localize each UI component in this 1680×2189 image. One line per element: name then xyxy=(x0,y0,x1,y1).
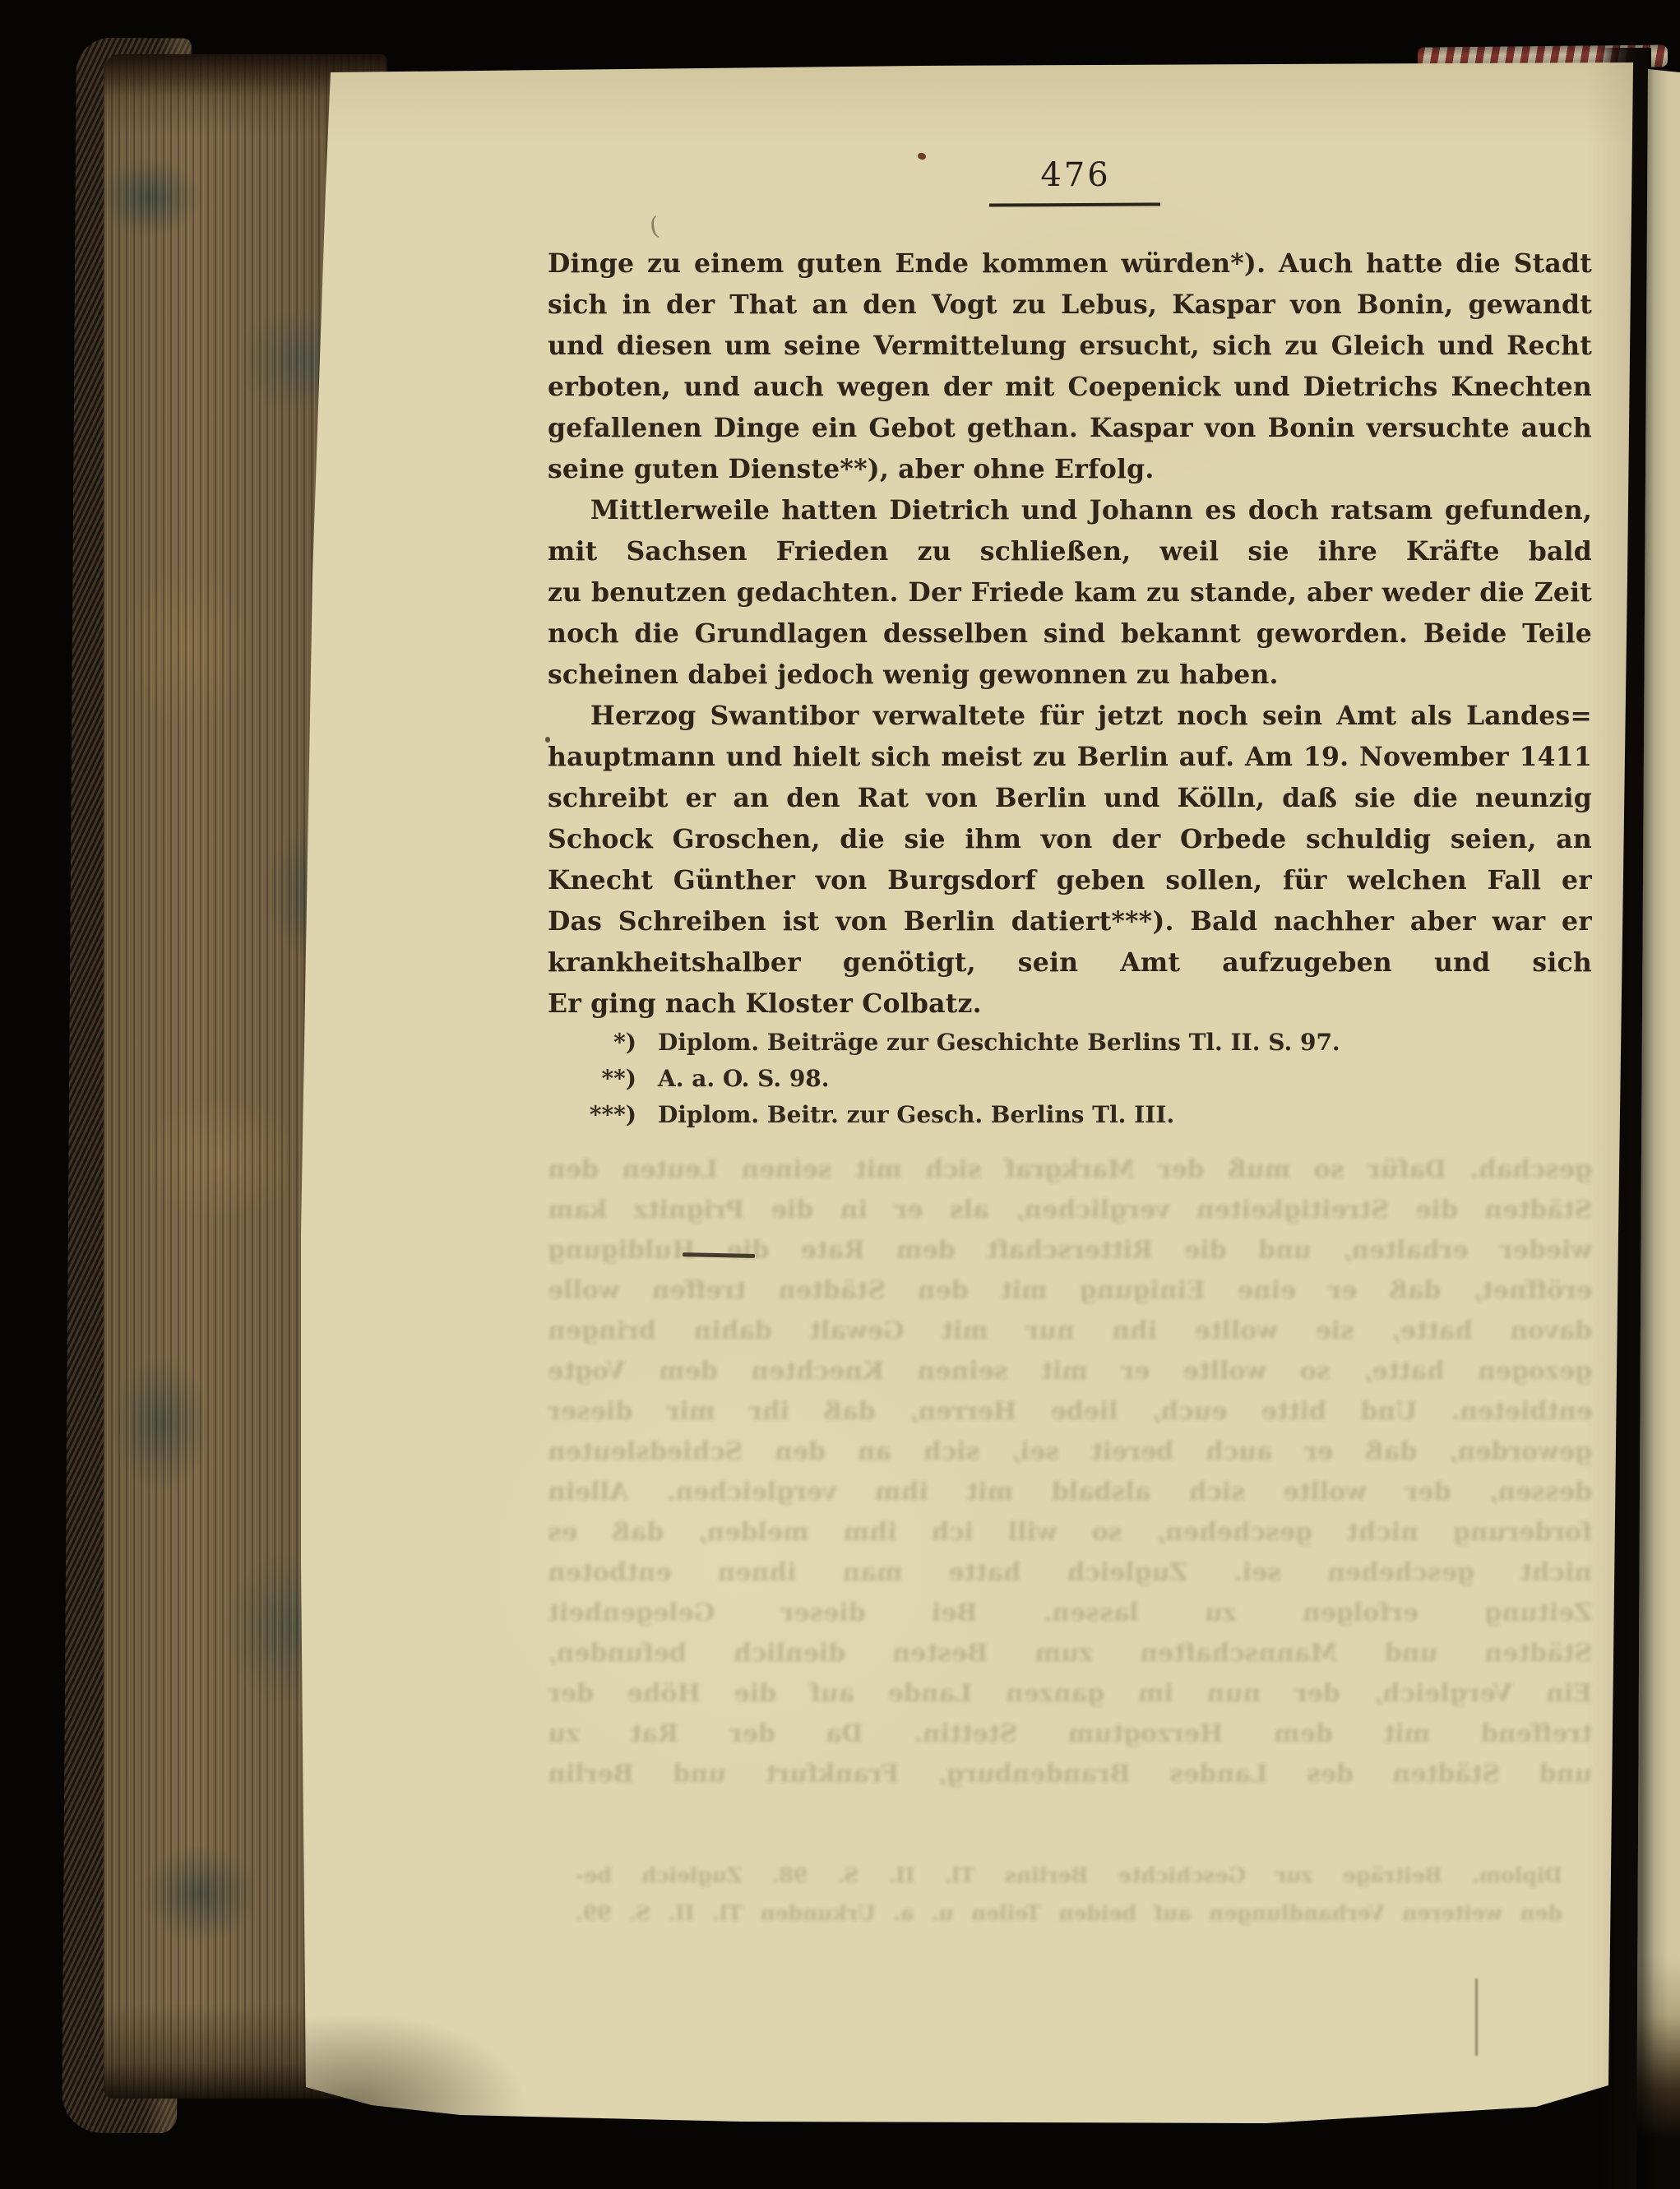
bleedthrough-footnote-line: den weiteren Verhandlungen auf beiden Te… xyxy=(576,1895,1562,1932)
text-line: Herzog Swantibor verwaltete für jetzt no… xyxy=(548,696,1592,737)
text-line: zu benutzen gedachten. Der Friede kam zu… xyxy=(548,572,1592,613)
page-number: 476 xyxy=(988,156,1163,194)
text-line: Mittlerweile hatten Dietrich und Johann … xyxy=(548,490,1592,531)
bleedthrough-line: Städten die Streitigkeiten verglichen, a… xyxy=(548,1190,1592,1230)
footnote-text: Diplom. Beitr. zur Gesch. Berlins Tl. II… xyxy=(658,1101,1174,1128)
footnote-text: Diplom. Beiträge zur Geschichte Berlins … xyxy=(658,1029,1340,1056)
footnote-marker: *) xyxy=(548,1025,636,1061)
scanned-book-photo: geschah. Dafür so muß der Markgraf sich … xyxy=(0,0,1680,2189)
bleedthrough-line: geschah. Dafür so muß der Markgraf sich … xyxy=(548,1150,1592,1190)
stray-pen-mark: ( xyxy=(648,211,661,241)
verso-bleedthrough-text: geschah. Dafür so muß der Markgraf sich … xyxy=(548,1150,1592,1794)
text-line: Das Schreiben ist von Berlin datiert***)… xyxy=(548,901,1592,942)
bleedthrough-line: und Städten des Landes Brandenburg, Fran… xyxy=(548,1754,1592,1794)
bleedthrough-line: treffend mit dem Herzogtum Stettin. Da d… xyxy=(548,1714,1592,1754)
footnote-text: A. a. O. S. 98. xyxy=(658,1065,830,1092)
footnote: **)A. a. O. S. 98. xyxy=(548,1061,1592,1097)
bleedthrough-line: Ein Vergleich, der nun im ganzen Lande a… xyxy=(548,1673,1592,1714)
paper-speck xyxy=(917,151,927,160)
text-line: hauptmann und hielt sich meist zu Berlin… xyxy=(548,737,1592,778)
bleedthrough-line: dessen, der wollte sich alsbald mit ihm … xyxy=(548,1472,1592,1512)
text-line: seine guten Dienste**), aber ohne Erfolg… xyxy=(548,449,1592,490)
text-line: schreibt er an den Rat von Berlin und Kö… xyxy=(548,778,1592,819)
bleedthrough-line: entbieten. Und bitte euch, liebe Herren,… xyxy=(548,1391,1592,1432)
text-line: Er ging nach Kloster Colbatz. xyxy=(548,983,1592,1025)
footnote-marker: ***) xyxy=(548,1097,636,1133)
paper-crease xyxy=(1475,1978,1478,2056)
bleedthrough-line: forderung nicht geschehen, so will ich i… xyxy=(548,1512,1592,1553)
text-line: gefallenen Dinge ein Gebot gethan. Kaspa… xyxy=(548,408,1592,449)
body-text: Dinge zu einem guten Ende kommen würden*… xyxy=(548,243,1592,1025)
text-line: und diesen um seine Vermittelung ersucht… xyxy=(548,326,1592,367)
footnote: ***)Diplom. Beitr. zur Gesch. Berlins Tl… xyxy=(548,1097,1592,1133)
bleedthrough-line: gezogen hatte, so wollte er mit seinen K… xyxy=(548,1351,1592,1391)
bleedthrough-line: eröffnet, daß er eine Einigung mit den S… xyxy=(548,1270,1592,1311)
bleedthrough-line: Zeitung erfolgen zu lassen. Bei dieser G… xyxy=(548,1593,1592,1633)
text-line: Knecht Günther von Burgsdorf geben solle… xyxy=(548,860,1592,901)
footnote-block: *)Diplom. Beiträge zur Geschichte Berlin… xyxy=(548,1025,1592,1133)
text-line: scheinen dabei jedoch wenig gewonnen zu … xyxy=(548,655,1592,696)
page-number-rule xyxy=(989,202,1160,206)
text-line: erboten, und auch wegen der mit Coepenic… xyxy=(548,367,1592,408)
bleedthrough-line: wieder erhalten, und die Ritterschaft de… xyxy=(548,1230,1592,1270)
text-line: Dinge zu einem guten Ende kommen würden*… xyxy=(548,243,1592,285)
footnote-marker: **) xyxy=(548,1061,636,1097)
footnote: *)Diplom. Beiträge zur Geschichte Berlin… xyxy=(548,1025,1592,1061)
bleedthrough-line: davon hatte, sie wollte ihn nur mit Gewa… xyxy=(548,1311,1592,1351)
bleedthrough-line: Städten und Mannschaften zum Besten dien… xyxy=(548,1633,1592,1673)
bleedthrough-footnote-line: Diplom. Beiträge zur Geschichte Berlins … xyxy=(576,1857,1562,1895)
bleedthrough-line: nicht geschehen sei. Zugleich hatte man … xyxy=(548,1553,1592,1593)
bleedthrough-line: geworden, daß er auch bereit sei, sich a… xyxy=(548,1432,1592,1472)
text-line: mit Sachsen Frieden zu schließen, weil s… xyxy=(548,531,1592,572)
text-line: krankheitshalber genötigt, sein Amt aufz… xyxy=(548,942,1592,983)
ink-dot xyxy=(545,737,550,743)
text-line: Schock Groschen, die sie ihm von der Orb… xyxy=(548,819,1592,860)
verso-bleedthrough-footnotes: Diplom. Beiträge zur Geschichte Berlins … xyxy=(576,1857,1562,1932)
text-line: noch die Grundlagen desselben sind bekan… xyxy=(548,613,1592,655)
text-line: sich in der That an den Vogt zu Lebus, K… xyxy=(548,285,1592,326)
